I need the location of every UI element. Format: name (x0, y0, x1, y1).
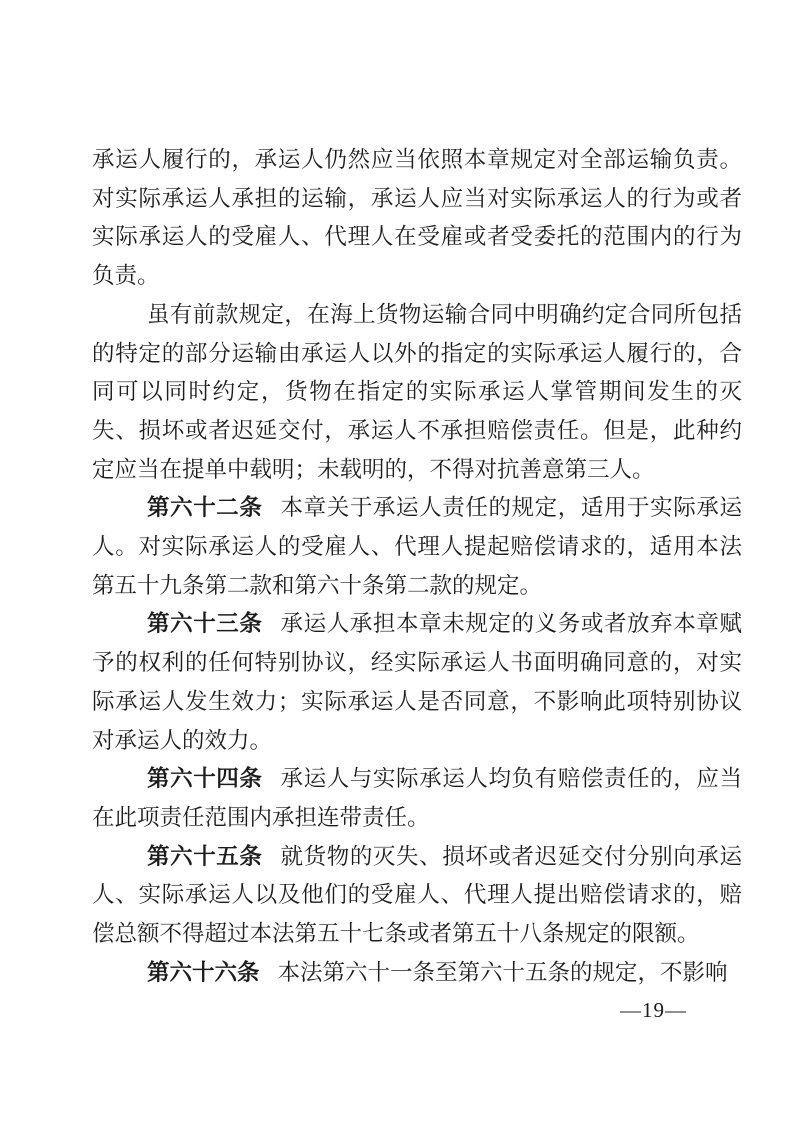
paragraph: 虽有前款规定，在海上货物运输合同中明确约定合同所包括的特定的部分运输由承运人以外… (92, 296, 742, 490)
paragraph: 第六十六条本法第六十一条至第六十五条的规定，不影响 (92, 954, 742, 993)
paragraph: 第六十二条本章关于承运人责任的规定，适用于实际承运人。对实际承运人的受雇人、代理… (92, 489, 742, 605)
article-number-label: 第六十二条 (147, 495, 263, 520)
paragraph: 第六十四条承运人与实际承运人均负有赔偿责任的，应当在此项责任范围内承担连带责任。 (92, 760, 742, 837)
article-number-label: 第六十三条 (147, 611, 263, 636)
paragraph: 承运人履行的，承运人仍然应当依照本章规定对全部运输负责。对实际承运人承担的运输，… (92, 141, 742, 296)
article-number-label: 第六十四条 (147, 766, 263, 791)
article-number-label: 第六十六条 (147, 960, 260, 985)
document-page: 承运人履行的，承运人仍然应当依照本章规定对全部运输负责。对实际承运人承担的运输，… (0, 0, 793, 1122)
article-number-label: 第六十五条 (147, 844, 263, 869)
paragraph-text: 本法第六十一条至第六十五条的规定，不影响 (278, 960, 728, 985)
paragraph: 第六十五条就货物的灭失、损坏或者迟延交付分别向承运人、实际承运人以及他们的受雇人… (92, 838, 742, 954)
page-number: —19— (620, 998, 687, 1023)
paragraph: 第六十三条承运人承担本章未规定的义务或者放弃本章赋予的权利的任何特别协议，经实际… (92, 605, 742, 760)
document-body: 承运人履行的，承运人仍然应当依照本章规定对全部运输负责。对实际承运人承担的运输，… (92, 141, 742, 992)
paragraph-text: 承运人履行的，承运人仍然应当依照本章规定对全部运输负责。对实际承运人承担的运输，… (92, 147, 742, 288)
paragraph-text: 虽有前款规定，在海上货物运输合同中明确约定合同所包括的特定的部分运输由承运人以外… (92, 302, 742, 482)
